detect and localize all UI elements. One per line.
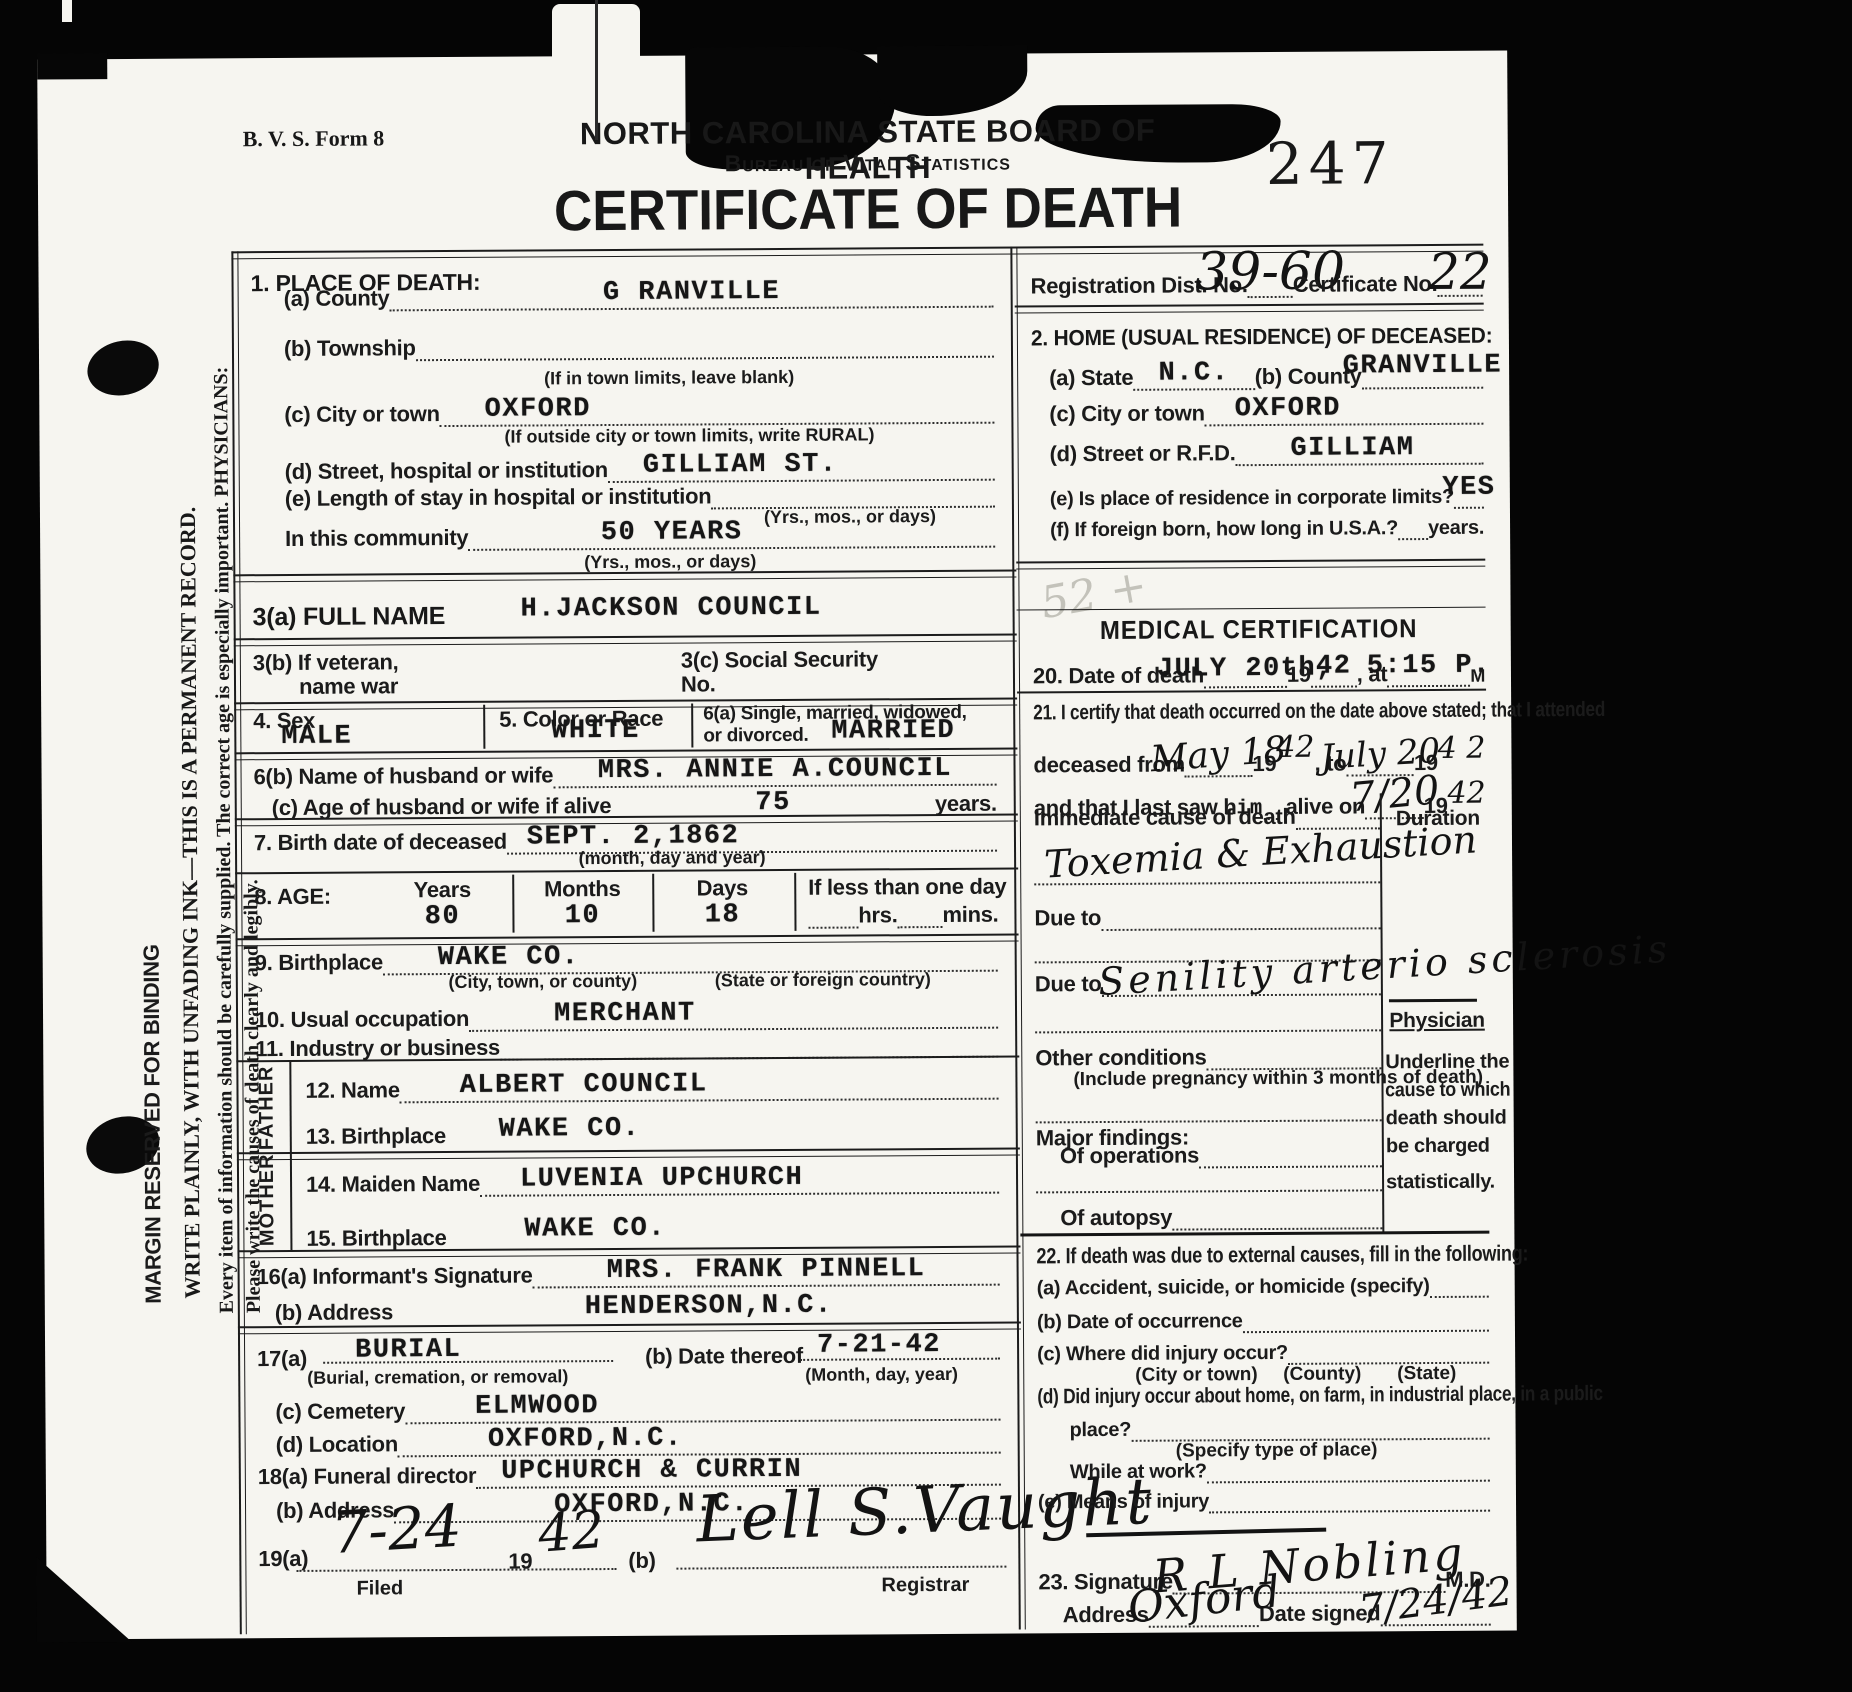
mother-bp-value: WAKE CO. bbox=[524, 1214, 666, 1245]
age-hrs-row: hrs. mins. bbox=[808, 902, 998, 929]
age-label: 8. AGE: bbox=[254, 884, 331, 910]
race-value: WHITE bbox=[551, 716, 640, 747]
date-of-death-row: 20. Date of death JULY 20th, 19 42 , at … bbox=[1033, 651, 1485, 690]
due-to-2-label: Due to bbox=[1035, 971, 1102, 997]
external-e-row: (e) Means of injury bbox=[1038, 1489, 1490, 1515]
birthdate-caption: (month, day and year) bbox=[512, 847, 832, 870]
physician-note-2: cause to which bbox=[1385, 1079, 1486, 1103]
home-city-row: (c) City or town OXFORD bbox=[1049, 393, 1483, 428]
informant-value: MRS. FRANK PINNELL bbox=[607, 1254, 926, 1286]
operations-label: Of operations bbox=[1060, 1142, 1199, 1169]
certify-line1: 21. I certify that death occurred on the… bbox=[1033, 697, 1731, 725]
dod-rule bbox=[1017, 689, 1486, 694]
registration-row: Registration Dist. No. 39-60 Certificate… bbox=[1030, 249, 1482, 300]
fullname-value: H.JACKSON COUNCIL bbox=[520, 593, 821, 625]
cemetery-loc-label: (d) Location bbox=[276, 1431, 398, 1458]
birthplace-caption1: (City, town, or county) bbox=[413, 971, 673, 994]
home-county-value: GRANVILLE bbox=[1343, 351, 1503, 382]
father-name-value: ALBERT COUNCIL bbox=[460, 1069, 708, 1101]
external-d-label2: place? bbox=[1070, 1419, 1132, 1442]
other-conditions-label: Other conditions bbox=[1035, 1044, 1206, 1071]
external-d-place-row: place? bbox=[1070, 1417, 1490, 1443]
burial-date-caption: (Month, day, year) bbox=[805, 1364, 958, 1386]
fullname-rule bbox=[234, 634, 1017, 647]
township-label: (b) Township bbox=[284, 335, 416, 362]
informant-label: 16(a) Informant's Signature bbox=[257, 1263, 533, 1291]
edge-mark bbox=[62, 0, 72, 22]
dod-m-suffix: M bbox=[1470, 666, 1485, 687]
birthplace-caption2: (State or foreign country) bbox=[683, 969, 963, 992]
informant-addr-label: (b) Address bbox=[275, 1299, 393, 1326]
race-marital-divider bbox=[691, 704, 693, 748]
physician-note-3: death should bbox=[1386, 1107, 1490, 1131]
sex-race-divider bbox=[483, 705, 485, 749]
birthplace-label: 9. Birthplace bbox=[255, 949, 383, 976]
veteran-label2: name war bbox=[299, 673, 398, 700]
external-b-label: (b) Date of occurrence bbox=[1037, 1310, 1243, 1334]
community-value: 50 YEARS bbox=[601, 517, 743, 548]
scanned-death-certificate: MARGIN RESERVED FOR BINDING WRITE PLAINL… bbox=[0, 0, 1852, 1692]
stamp-number: 247 bbox=[1266, 129, 1395, 198]
physician-address-row: Address Oxford Date signed 7/24/42 bbox=[1062, 1573, 1490, 1629]
cemetery-loc-value: OXFORD,N.C. bbox=[488, 1424, 683, 1455]
burial-date-line bbox=[800, 1336, 1000, 1361]
spouse-row: 6(b) Name of husband or wife MRS. ANNIE … bbox=[253, 754, 996, 791]
home-foreign-suffix: years. bbox=[1428, 517, 1484, 540]
cemetery-label: (c) Cemetery bbox=[275, 1398, 405, 1425]
external-top-rule bbox=[1020, 1231, 1489, 1237]
county-row: (a) County G RANVILLE bbox=[284, 276, 994, 312]
age-mins-label: mins. bbox=[942, 902, 998, 928]
immediate-cause-label: Immediate cause of death bbox=[1034, 804, 1296, 832]
city-value: OXFORD bbox=[485, 394, 591, 425]
due-to-1-label: Due to bbox=[1034, 905, 1101, 931]
home-street-row: (d) Street or R.F.D. GILLIAM bbox=[1050, 433, 1484, 468]
age-days-label: Days bbox=[652, 875, 792, 902]
age-less-label: If less than one day bbox=[808, 874, 1006, 901]
saw-year: 42 bbox=[1447, 776, 1485, 811]
home-state-value: N.C. bbox=[1158, 358, 1229, 388]
paper-crease bbox=[595, 0, 598, 140]
cemetery-loc-row: (d) Location OXFORD,N.C. bbox=[276, 1422, 1001, 1458]
stay-label: (e) Length of stay in hospital or instit… bbox=[285, 483, 712, 512]
home-corporate-row: (e) Is place of residence in corporate l… bbox=[1050, 473, 1484, 512]
from-year: 42 bbox=[1276, 730, 1314, 765]
age-days-value: 18 bbox=[652, 900, 792, 931]
burial-caption: (Burial, cremation, or removal) bbox=[307, 1366, 568, 1389]
date-signed-value: 7/24/42 bbox=[1356, 1568, 1515, 1633]
to-year: 4 2 bbox=[1438, 731, 1486, 766]
home-state-row: (a) State N.C. (b) County GRANVILLE bbox=[1049, 351, 1483, 392]
punch-hole bbox=[82, 334, 164, 402]
cemetery-value: ELMWOOD bbox=[475, 1391, 599, 1422]
ssn-label2: No. bbox=[681, 671, 716, 697]
home-bottom-rule bbox=[1016, 559, 1485, 570]
spouse-label: 6(b) Name of husband or wife bbox=[253, 762, 553, 790]
home-city-value: OXFORD bbox=[1235, 394, 1341, 425]
mother-name-row: 14. Maiden Name LUVENIA UPCHURCH bbox=[306, 1162, 999, 1198]
birthdate-label: 7. Birth date of deceased bbox=[254, 829, 507, 857]
external-b-row: (b) Date of occurrence bbox=[1037, 1309, 1489, 1335]
street-label: (d) Street, hospital or institution bbox=[285, 457, 608, 485]
fullname-label: 3(a) FULL NAME bbox=[253, 602, 446, 632]
county-value: G RANVILLE bbox=[603, 277, 780, 308]
dod-printed19: 19 bbox=[1287, 662, 1311, 688]
external-a-row: (a) Accident, suicide, or homicide (spec… bbox=[1037, 1275, 1489, 1301]
autopsy-row: Of autopsy bbox=[1060, 1203, 1382, 1231]
physician-rule bbox=[1389, 999, 1477, 1003]
home-state-label: (a) State bbox=[1049, 365, 1133, 392]
operations-leader bbox=[1036, 1179, 1382, 1193]
age-hrs-label: hrs. bbox=[858, 902, 897, 928]
home-foreign-label: (f) If foreign born, how long in U.S.A.? bbox=[1050, 517, 1398, 542]
margin-permanent-record-note: WRITE PLAINLY, WITH UNFADING INK—THIS IS… bbox=[175, 507, 206, 1299]
city-label: (c) City or town bbox=[284, 401, 439, 428]
home-street-label: (d) Street or R.F.D. bbox=[1050, 440, 1236, 467]
external-work-label: While at work? bbox=[1070, 1460, 1207, 1484]
filed-caption: Filed bbox=[356, 1577, 403, 1600]
cemetery-row: (c) Cemetery ELMWOOD bbox=[275, 1389, 1000, 1425]
paper-sheet: MARGIN RESERVED FOR BINDING WRITE PLAINL… bbox=[37, 51, 1517, 1640]
external-a-label: (a) Accident, suicide, or homicide (spec… bbox=[1037, 1275, 1430, 1300]
marital-label2: or divorced. bbox=[703, 725, 808, 748]
community-label: In this community bbox=[285, 525, 468, 552]
age-years-value: 80 bbox=[372, 902, 512, 933]
torn-edge-blob bbox=[36, 1547, 132, 1643]
filed-b-label: (b) bbox=[628, 1548, 655, 1574]
father-bp-label: 13. Birthplace bbox=[306, 1123, 446, 1150]
mother-name-label: 14. Maiden Name bbox=[306, 1171, 480, 1198]
external-c-label: (c) Where did injury occur? bbox=[1037, 1342, 1288, 1367]
county-label: (a) County bbox=[284, 285, 390, 312]
home-corporate-label: (e) Is place of residence in corporate l… bbox=[1050, 486, 1454, 511]
father-bp-value: WAKE CO. bbox=[499, 1114, 641, 1145]
section1-bottom-rule bbox=[233, 570, 1016, 583]
header-bureau: Bureau of Vital Statistics bbox=[518, 147, 1218, 178]
mother-name-value: LUVENIA UPCHURCH bbox=[520, 1163, 803, 1195]
other-leader bbox=[1036, 1109, 1382, 1123]
external-work-row: While at work? bbox=[1070, 1459, 1490, 1485]
father-name-label: 12. Name bbox=[305, 1077, 399, 1104]
township-caption: (If in town limits, leave blank) bbox=[459, 366, 879, 390]
father-side-label: FATHER bbox=[255, 1066, 279, 1151]
occupation-row: 10. Usual occupation MERCHANT bbox=[255, 997, 998, 1034]
document-title: CERTIFICATE OF DEATH bbox=[496, 174, 1240, 245]
operations-row: Of operations bbox=[1060, 1141, 1382, 1169]
form-number: B. V. S. Form 8 bbox=[243, 125, 385, 152]
torn-edge-blob bbox=[877, 45, 1027, 116]
due-to-1-row: Due to bbox=[1034, 903, 1380, 931]
township-row: (b) Township bbox=[284, 332, 994, 362]
filed-line bbox=[296, 1546, 616, 1572]
registrar-caption: Registrar bbox=[881, 1574, 969, 1598]
age-div3 bbox=[794, 873, 796, 931]
informant-addr-value: HENDERSON,N.C. bbox=[585, 1291, 833, 1323]
home-street-value: GILLIAM bbox=[1290, 433, 1414, 464]
physician-note-1: Underline the bbox=[1385, 1051, 1489, 1075]
margin-binding-note: MARGIN RESERVED FOR BINDING bbox=[139, 944, 167, 1304]
external-d-line1: (d) Did injury occur about home, on farm… bbox=[1037, 1381, 1727, 1409]
informant-row: 16(a) Informant's Signature MRS. FRANK P… bbox=[257, 1254, 1000, 1291]
veteran-label: 3(b) If veteran, bbox=[253, 649, 399, 676]
spouse-age-value: 75 bbox=[755, 788, 791, 818]
marital-value: MARRIED bbox=[831, 716, 955, 747]
burial-label: 17(a) bbox=[257, 1346, 307, 1372]
external-heading: 22. If death was due to external causes,… bbox=[1036, 1240, 1636, 1270]
external-e-label: (e) Means of injury bbox=[1038, 1490, 1209, 1514]
registration-rule bbox=[1015, 303, 1484, 314]
medical-heading: MEDICAL CERTIFICATION bbox=[1051, 613, 1467, 647]
occupation-value: MERCHANT bbox=[554, 998, 696, 1029]
father-name-row: 12. Name ALBERT COUNCIL bbox=[305, 1068, 998, 1104]
dod-year: 42 bbox=[1316, 651, 1352, 681]
community-row: In this community 50 YEARS bbox=[285, 516, 995, 552]
city-row: (c) City or town OXFORD bbox=[284, 392, 994, 428]
sex-value: MALE bbox=[281, 722, 352, 752]
autopsy-label: Of autopsy bbox=[1060, 1205, 1172, 1232]
home-heading: 2. HOME (USUAL RESIDENCE) OF DECEASED: bbox=[1031, 323, 1493, 352]
birthplace-value: WAKE CO. bbox=[438, 942, 580, 973]
funeral-director-label: 18(a) Funeral director bbox=[258, 1463, 477, 1490]
age-months-label: Months bbox=[512, 876, 652, 903]
certificate-no-value: 22 bbox=[1428, 250, 1492, 295]
burial-date-label: (b) Date thereof bbox=[645, 1343, 803, 1370]
street-value: GILLIAM ST. bbox=[643, 450, 838, 481]
age-years-label: Years bbox=[372, 877, 512, 904]
spouse-value: MRS. ANNIE A.COUNCIL bbox=[598, 754, 952, 786]
cause-leader bbox=[1034, 859, 1380, 885]
physician-note-5: statistically. bbox=[1386, 1171, 1490, 1195]
torn-edge-blob bbox=[37, 53, 107, 79]
certificate-no-label: Certificate No. bbox=[1293, 271, 1438, 298]
mother-side-label: MOTHER bbox=[256, 1153, 280, 1246]
physician-heading: Physician bbox=[1389, 1009, 1485, 1034]
due-2-leader bbox=[1035, 1019, 1381, 1033]
home-city-label: (c) City or town bbox=[1049, 400, 1204, 427]
home-corporate-value: YES bbox=[1442, 473, 1495, 503]
burial-line bbox=[323, 1338, 613, 1364]
occupation-label: 10. Usual occupation bbox=[255, 1006, 469, 1033]
external-c-cap3: (State) bbox=[1397, 1363, 1456, 1385]
ssn-label: 3(c) Social Security bbox=[681, 646, 878, 673]
city-caption: (If outside city or town limits, write R… bbox=[439, 424, 939, 448]
physician-note-4: be charged bbox=[1386, 1135, 1490, 1159]
age-months-value: 10 bbox=[512, 901, 652, 932]
due-to-2-value: Senility arterio sclerosis bbox=[1097, 927, 1672, 1004]
home-foreign-row: (f) If foreign born, how long in U.S.A.?… bbox=[1050, 517, 1484, 543]
mother-bp-label: 15. Birthplace bbox=[306, 1225, 446, 1252]
street-row: (d) Street, hospital or institution GILL… bbox=[285, 449, 995, 485]
